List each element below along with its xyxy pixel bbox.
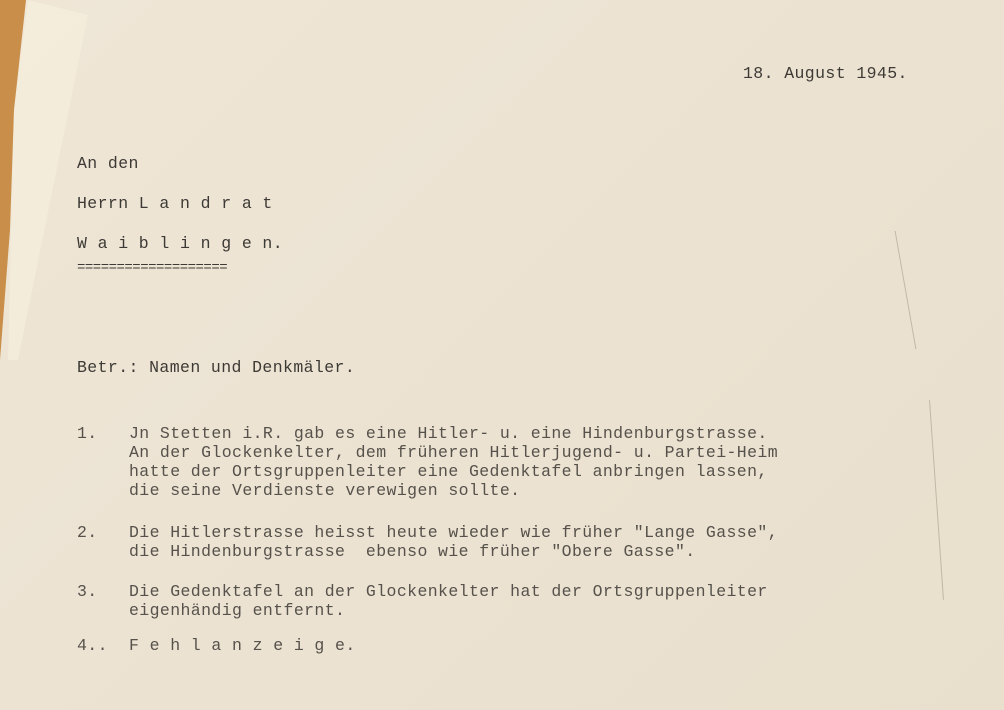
subject-line: Betr.: Namen und Denkmäler. xyxy=(77,358,355,378)
item-line: Die Gedenktafel an der Glockenkelter hat… xyxy=(129,582,768,602)
item-number: 1. xyxy=(77,424,98,444)
item-line: die seine Verdienste verewigen sollte. xyxy=(129,481,520,501)
recipient-underline: =================== xyxy=(77,258,227,278)
recipient-line-2: Herrn L a n d r a t xyxy=(77,194,273,214)
item-line: An der Glockenkelter, dem früheren Hitle… xyxy=(129,443,778,463)
item-number: 3. xyxy=(77,582,98,602)
recipient-line-3: W a i b l i n g e n. xyxy=(77,234,283,254)
item-number: 4.. xyxy=(77,636,108,656)
recipient-line-1: An den xyxy=(77,154,139,174)
item-line: eigenhändig entfernt. xyxy=(129,601,345,621)
item-line: hatte der Ortsgruppenleiter eine Gedenkt… xyxy=(129,462,768,482)
item-line: die Hindenburgstrasse ebenso wie früher … xyxy=(129,542,696,562)
letter-date: 18. August 1945. xyxy=(743,64,908,84)
item-line: Jn Stetten i.R. gab es eine Hitler- u. e… xyxy=(129,424,768,444)
item-line: Die Hitlerstrasse heisst heute wieder wi… xyxy=(129,523,778,543)
item-line: F e h l a n z e i g e. xyxy=(129,636,356,656)
item-number: 2. xyxy=(77,523,98,543)
